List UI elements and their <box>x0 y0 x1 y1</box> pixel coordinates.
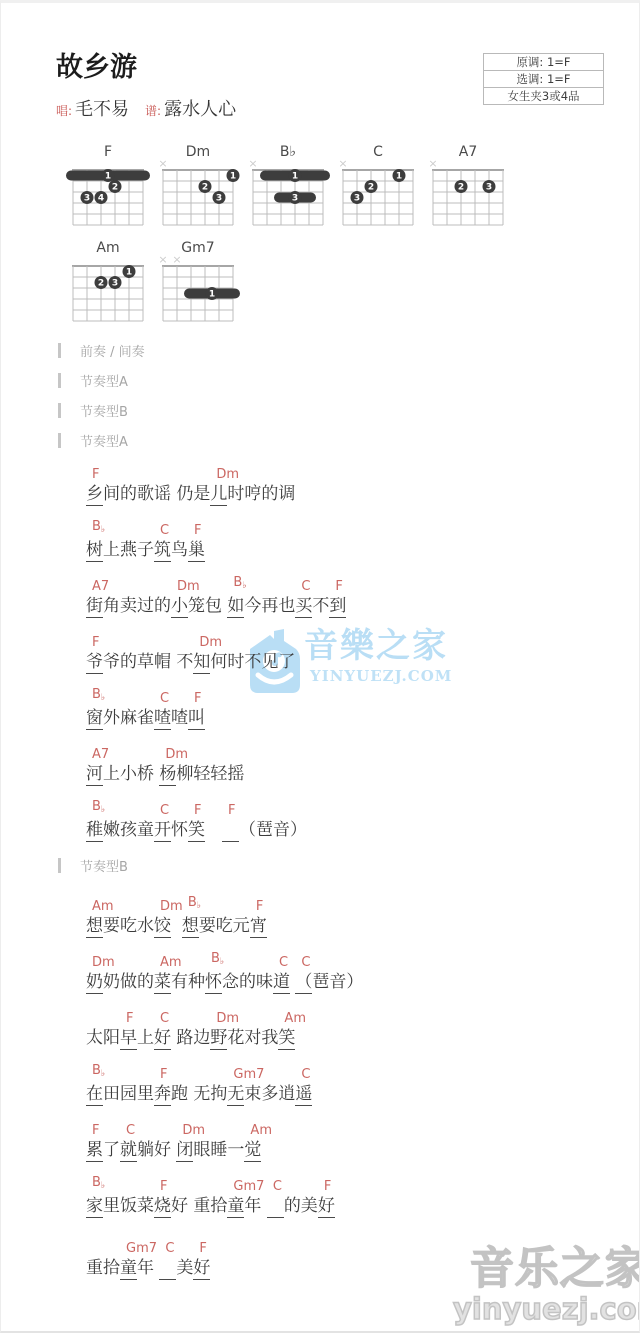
flat-sign: ♭ <box>101 693 105 703</box>
lyric-segment: Dm闭 <box>176 1139 193 1162</box>
lyric-segment: F乡 <box>86 483 103 506</box>
chord-label: F <box>228 803 235 818</box>
chord-label: F <box>160 1179 167 1194</box>
lyric-segment: 躺好 <box>137 1139 176 1161</box>
lyric-segment: （琶音） <box>239 819 307 841</box>
svg-text:3: 3 <box>354 194 360 204</box>
svg-text:1: 1 <box>292 172 298 182</box>
lyric-segment: F叫 <box>188 707 205 730</box>
lyric-segment: 怀 <box>171 819 188 841</box>
lyric-segment: 年 <box>137 1257 159 1279</box>
lyric-segment: 不 <box>312 595 329 617</box>
lyric-segment: B♭窗 <box>86 707 103 730</box>
chord-label: C <box>301 579 310 594</box>
chord-label: C <box>160 803 169 818</box>
lyric-segment: 束多逍 <box>244 1083 295 1105</box>
chord-label: F <box>126 1011 133 1026</box>
flat-sign: ♭ <box>101 1181 105 1191</box>
section-label: 前奏 / 间奏 <box>80 341 145 360</box>
lyric-segment: Am觉 <box>244 1139 261 1162</box>
flat-sign: ♭ <box>101 1069 105 1079</box>
lyric-segment: B♭稚 <box>86 819 103 842</box>
chord-label: Gm7 <box>233 1067 264 1082</box>
chord-label: Gm7 <box>233 1179 264 1194</box>
chord-label: B♭ <box>188 895 201 914</box>
chord-label: C <box>273 1179 282 1194</box>
muted-string-icon: × <box>428 157 437 170</box>
chord-label: Dm <box>92 955 115 970</box>
composer-label: 谱: <box>145 104 161 118</box>
chord-label: Am <box>92 899 114 914</box>
flat-sign: ♭ <box>101 805 105 815</box>
lyric-line: B♭家里饭菜F烧好 重拾Gm7童年 C 的美F好 <box>86 1178 335 1218</box>
lyric-line: A7街角卖过的Dm小笼包 B♭如今再也C买不F到 <box>86 578 346 618</box>
lyric-segment: 爷的草帽 不 <box>103 651 193 673</box>
lyric-segment: F早 <box>120 1027 137 1050</box>
lyric-segment: 念的味 <box>222 971 273 993</box>
lyric-segment: C <box>159 1257 176 1280</box>
lyric-segment <box>205 819 222 841</box>
lyric-segment: C就 <box>120 1139 137 1162</box>
chord-diagram: A7×23 <box>423 143 513 229</box>
chord-label: F <box>199 1241 206 1256</box>
chord-label: C <box>165 1241 174 1256</box>
muted-string-icon: × <box>172 253 181 266</box>
lyric-segment: B♭想 <box>182 915 199 938</box>
chord-label: C <box>160 523 169 538</box>
lyric-segment: Dm杨 <box>159 763 176 786</box>
lyric-segment: Am菜 <box>154 971 171 994</box>
lyric-segment: A7街 <box>86 595 103 618</box>
chord-label: C <box>160 691 169 706</box>
section-label: 节奏型A <box>80 431 128 450</box>
section-marker: 节奏型B <box>58 401 128 420</box>
chord-label: F <box>92 1123 99 1138</box>
chord-label: F <box>92 635 99 650</box>
lyric-segment: Dm奶 <box>86 971 103 994</box>
lyric-line: A7河上小桥 Dm杨柳轻轻摇 <box>86 746 244 786</box>
lyric-segment: 太阳 <box>86 1027 120 1049</box>
svg-text:1: 1 <box>209 290 215 300</box>
lyric-line: B♭在田园里F奔跑 无拘Gm7无束多逍C遥 <box>86 1066 312 1106</box>
svg-text:1: 1 <box>396 172 402 182</box>
lyric-segment: Gm7童 <box>227 1195 244 1218</box>
chord-label: F <box>160 1067 167 1082</box>
chord-diagram: B♭×13 <box>243 143 333 229</box>
lyric-segment: 嫩孩童 <box>103 819 154 841</box>
lyric-segment: F好 <box>318 1195 335 1218</box>
chord-label: F <box>194 803 201 818</box>
chord-label: Dm <box>216 1011 239 1026</box>
lyric-segment: C（ <box>295 971 312 994</box>
lyric-segment: F烧 <box>154 1195 171 1218</box>
chord-label: F <box>256 899 263 914</box>
lyric-segment: 鸟 <box>171 539 188 561</box>
center-watermark-url: YINYUEZJ.COM <box>310 667 452 685</box>
lyric-segment: F笑 <box>188 819 205 842</box>
svg-text:1: 1 <box>126 268 132 278</box>
lyric-segment: F <box>222 819 239 842</box>
lyric-segment: 琶音） <box>312 971 363 993</box>
chord-label: F <box>194 691 201 706</box>
chord-label: Dm <box>160 899 183 914</box>
lyric-segment: F累 <box>86 1139 103 1162</box>
lyric-segment: 年 <box>244 1195 266 1217</box>
lyric-segment: B♭家 <box>86 1195 103 1218</box>
lyric-segment: 路边 <box>171 1027 210 1049</box>
svg-text:2: 2 <box>368 183 374 193</box>
key-info-box: 原调: 1=F选调: 1=F女生夹3或4品 <box>483 53 604 105</box>
lyric-segment: 上 <box>137 1027 154 1049</box>
flat-sign: ♭ <box>220 957 224 967</box>
key-info-row: 选调: 1=F <box>484 70 603 87</box>
lyric-segment: 今再也 <box>244 595 295 617</box>
lyric-segment: 喳 <box>171 707 188 729</box>
lyric-line: Dm奶奶做的Am菜有种B♭怀念的味C道 C（琶音） <box>86 954 363 994</box>
lyric-segment: 花对我 <box>227 1027 278 1049</box>
lyric-segment: Dm野 <box>210 1027 227 1050</box>
lyric-segment: C道 <box>273 971 290 994</box>
lyric-line: B♭树上燕子C筑鸟F巢 <box>86 522 205 562</box>
section-label: 节奏型B <box>80 401 128 420</box>
svg-text:3: 3 <box>292 194 298 204</box>
lyric-segment: Gm7无 <box>227 1083 244 1106</box>
section-marker: 前奏 / 间奏 <box>58 341 145 360</box>
chord-label: B♭ <box>92 519 105 538</box>
chord-label: A7 <box>92 579 109 594</box>
svg-text:1: 1 <box>230 172 236 182</box>
chord-diagram-name: Am <box>96 240 119 256</box>
section-bar-icon <box>58 373 61 388</box>
svg-text:2: 2 <box>458 183 464 193</box>
section-bar-icon <box>58 403 61 418</box>
singer-name: 毛不易 <box>75 99 129 120</box>
lyric-segment: F爷 <box>86 651 103 674</box>
section-marker: 节奏型A <box>58 431 128 450</box>
chord-diagram-name: F <box>104 144 112 160</box>
chord-label: Gm7 <box>126 1241 157 1256</box>
section-bar-icon <box>58 858 61 873</box>
lyric-segment: A7河 <box>86 763 103 786</box>
lyric-segment: 角卖过的 <box>103 595 171 617</box>
chord-label: C <box>279 955 288 970</box>
key-info-row: 女生夹3或4品 <box>484 87 603 104</box>
lyric-segment: Dm小 <box>171 595 188 618</box>
lyric-line: 太阳F早上C好 路边Dm野花对我Am笑 <box>86 1010 295 1050</box>
lyric-segment: C好 <box>154 1027 171 1050</box>
artist-line: 唱: 毛不易 谱: 露水人心 <box>56 95 236 121</box>
lyric-line: 重拾Gm7童年 C 美F好 <box>86 1240 210 1280</box>
lyric-segment: 重拾 <box>86 1257 120 1279</box>
lyric-line: Am想要吃水Dm饺 B♭想要吃元F宵 <box>86 898 267 938</box>
lyric-segment: Dm儿 <box>210 483 227 506</box>
lyric-segment: 笼包 <box>188 595 227 617</box>
chord-label: F <box>335 579 342 594</box>
chord-label: B♭ <box>92 1175 105 1194</box>
svg-text:3: 3 <box>112 279 118 289</box>
section-bar-icon <box>58 433 61 448</box>
lyric-segment: C筑 <box>154 539 171 562</box>
bottom-watermark-url: yinyuezj.com <box>453 1293 640 1325</box>
chord-label: C <box>301 1067 310 1082</box>
chord-label: C <box>301 955 310 970</box>
section-bar-icon <box>58 343 61 358</box>
lyric-line: F累了C就躺好 Dm闭眼睡一Am觉 <box>86 1122 261 1162</box>
page-title: 故乡游 <box>56 45 137 84</box>
center-watermark-cn: 音樂之家 <box>304 627 452 665</box>
lyric-segment: F巢 <box>188 539 205 562</box>
lyric-segment: 田园里 <box>103 1083 154 1105</box>
chord-label: B♭ <box>92 1063 105 1082</box>
chord-label: F <box>92 467 99 482</box>
bottom-watermark-cn: 音乐之家 <box>453 1245 640 1293</box>
flat-sign: ♭ <box>197 901 201 911</box>
chord-diagram-name: C <box>373 144 383 160</box>
lyric-segment: Dm知 <box>193 651 210 674</box>
muted-string-icon: × <box>248 157 257 170</box>
lyric-line: F爷爷的草帽 不Dm知何时不见了 <box>86 634 295 674</box>
chord-diagram-name: B♭ <box>280 144 296 160</box>
chord-sheet-page: 故乡游 原调: 1=F选调: 1=F女生夹3或4品 唱: 毛不易 谱: 露水人心… <box>0 0 640 1333</box>
muted-string-icon: × <box>338 157 347 170</box>
lyric-segment: C买 <box>295 595 312 618</box>
chord-diagram: C×123 <box>333 143 423 229</box>
lyric-segment: 柳轻轻摇 <box>176 763 244 785</box>
chord-label: Dm <box>182 1123 205 1138</box>
flat-sign: ♭ <box>101 525 105 535</box>
chord-label: F <box>324 1179 331 1194</box>
lyric-segment: B♭怀 <box>205 971 222 994</box>
lyric-segment: 奶做的 <box>103 971 154 993</box>
lyric-segment: 有种 <box>171 971 205 993</box>
lyric-segment: B♭树 <box>86 539 103 562</box>
flat-sign: ♭ <box>242 581 246 591</box>
lyric-segment: 要吃水 <box>103 915 154 937</box>
singer-label: 唱: <box>56 104 72 118</box>
lyric-segment: C开 <box>154 819 171 842</box>
chord-label: B♭ <box>92 687 105 706</box>
chord-label: Am <box>284 1011 306 1026</box>
chord-diagram: Gm7××1 <box>153 239 243 325</box>
lyric-segment: B♭如 <box>227 595 244 618</box>
lyric-segment: 美 <box>176 1257 193 1279</box>
lyric-segment: 里饭菜 <box>103 1195 154 1217</box>
lyric-line: B♭稚嫩孩童C开怀F笑 F （琶音） <box>86 802 307 842</box>
svg-text:2: 2 <box>98 279 104 289</box>
lyric-segment: Gm7童 <box>120 1257 137 1280</box>
lyric-segment: C遥 <box>295 1083 312 1106</box>
chord-label: Dm <box>165 747 188 762</box>
svg-text:3: 3 <box>486 183 492 193</box>
lyric-segment <box>171 915 182 937</box>
center-watermark-text: 音樂之家 YINYUEZJ.COM <box>304 627 452 685</box>
chord-diagram: F1234 <box>63 143 153 229</box>
lyric-segment: F到 <box>329 595 346 618</box>
svg-text:2: 2 <box>112 183 118 193</box>
lyric-segment: 的美 <box>284 1195 318 1217</box>
chord-label: Dm <box>199 635 222 650</box>
chord-diagram-name: Gm7 <box>181 240 214 256</box>
chord-label: Am <box>160 955 182 970</box>
lyric-segment: C喳 <box>154 707 171 730</box>
chord-label: Dm <box>216 467 239 482</box>
lyric-segment: 外麻雀 <box>103 707 154 729</box>
lyric-segment: 跑 无拘 <box>171 1083 227 1105</box>
lyric-segment: 好 重拾 <box>171 1195 227 1217</box>
svg-text:2: 2 <box>202 183 208 193</box>
section-marker: 节奏型A <box>58 371 128 390</box>
lyric-segment: C <box>267 1195 284 1218</box>
chord-label: Am <box>250 1123 272 1138</box>
composer-name: 露水人心 <box>164 99 236 120</box>
lyric-segment: 了 <box>103 1139 120 1161</box>
lyric-line: F乡间的歌谣 仍是Dm儿时哼的调 <box>86 466 295 506</box>
lyric-segment: Dm饺 <box>154 915 171 938</box>
chord-label: B♭ <box>233 575 246 594</box>
svg-text:3: 3 <box>84 194 90 204</box>
section-label: 节奏型A <box>80 371 128 390</box>
chord-label: A7 <box>92 747 109 762</box>
lyric-line: B♭窗外麻雀C喳喳F叫 <box>86 690 205 730</box>
lyric-segment: F宵 <box>250 915 267 938</box>
chord-label: B♭ <box>92 799 105 818</box>
lyric-segment: F奔 <box>154 1083 171 1106</box>
svg-text:4: 4 <box>98 194 104 204</box>
section-label: 节奏型B <box>80 856 128 875</box>
chord-diagram-name: A7 <box>459 144 477 160</box>
lyric-segment: F好 <box>193 1257 210 1280</box>
lyric-segment: 何时不见了 <box>210 651 295 673</box>
chord-label: C <box>160 1011 169 1026</box>
muted-string-icon: × <box>158 253 167 266</box>
chord-label: C <box>126 1123 135 1138</box>
chord-diagram: Am123 <box>63 239 153 325</box>
svg-text:3: 3 <box>216 194 222 204</box>
chord-diagram: Dm×123 <box>153 143 243 229</box>
chord-label: Dm <box>177 579 200 594</box>
key-info-row: 原调: 1=F <box>484 54 603 70</box>
lyric-segment: 要吃元 <box>199 915 250 937</box>
svg-text:1: 1 <box>105 172 111 182</box>
muted-string-icon: × <box>158 157 167 170</box>
lyric-segment: 眼睡一 <box>193 1139 244 1161</box>
lyric-segment: 间的歌谣 仍是 <box>103 483 210 505</box>
chord-label: B♭ <box>211 951 224 970</box>
lyric-segment: Am笑 <box>278 1027 295 1050</box>
bottom-watermark: 音乐之家 yinyuezj.com <box>453 1245 640 1325</box>
lyric-segment: 上燕子 <box>103 539 154 561</box>
chord-label: F <box>194 523 201 538</box>
lyric-segment: 上小桥 <box>103 763 159 785</box>
lyric-segment: B♭在 <box>86 1083 103 1106</box>
section-marker: 节奏型B <box>58 856 128 875</box>
chord-diagram-name: Dm <box>186 144 210 160</box>
lyric-segment: Am想 <box>86 915 103 938</box>
lyric-segment: 时哼的调 <box>227 483 295 505</box>
